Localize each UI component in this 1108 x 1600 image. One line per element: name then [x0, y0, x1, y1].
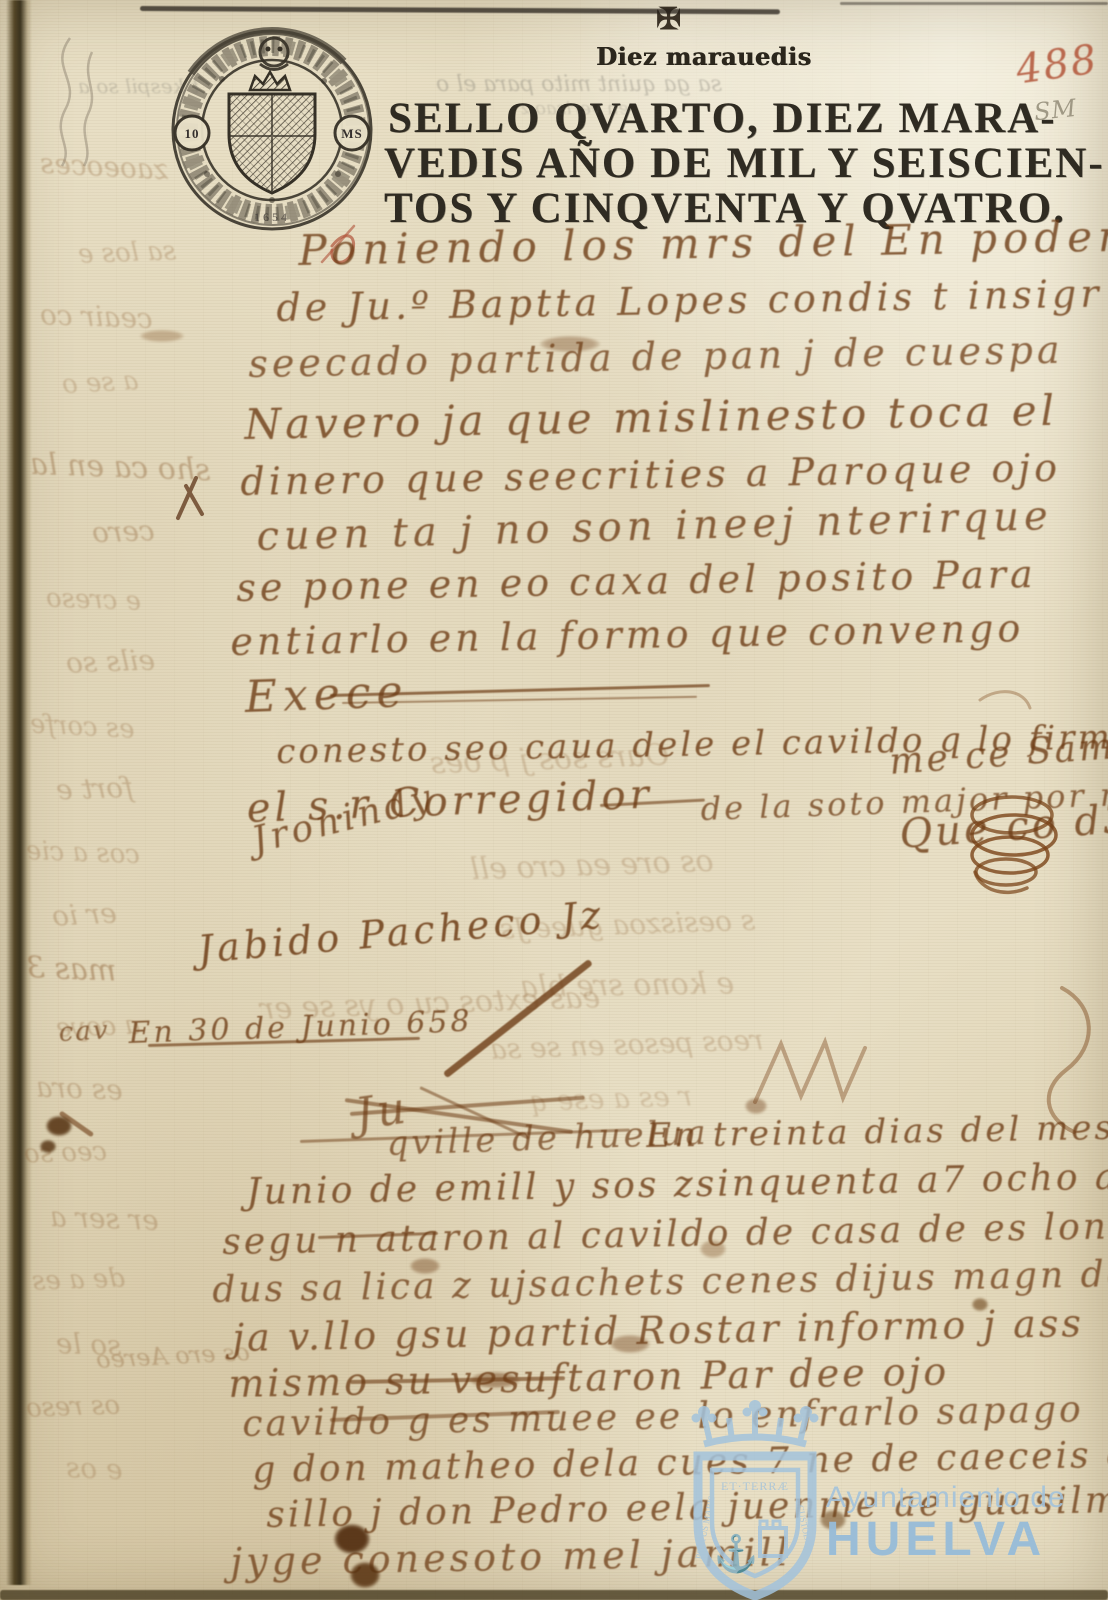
bleedthrough-line: er ser a — [49, 1200, 159, 1237]
ink-blot — [972, 1298, 988, 1311]
bleedthrough-line: os reso — [26, 1390, 121, 1423]
bleedthrough-line: eils so — [65, 643, 155, 679]
bleedthrough-line: es corfe — [29, 709, 135, 744]
ink-blot — [334, 1524, 370, 1554]
ink-blot — [540, 336, 600, 352]
pen-stroke — [0, 1590, 1108, 1600]
bleedthrough-line: sho ca en la — [29, 447, 211, 488]
watermark-anchor-icon: ⚓ — [714, 1533, 759, 1574]
watermark-text-line2: HUELVA — [826, 1512, 1046, 1567]
bleedthrough-line: zaoeoces — [39, 147, 169, 187]
ink-blot — [40, 1140, 56, 1153]
bleedthrough-line: e os — [65, 1451, 123, 1486]
bleedthrough-line: de a es — [32, 1263, 126, 1296]
bleedthrough-line: e creso — [46, 583, 142, 616]
bleedthrough-line: sa ga quint mito para el o — [436, 72, 722, 97]
manuscript-page: ✠ Diez marauedis SELLO QVARTO, DIEZ MARA… — [0, 0, 1108, 1600]
bleedthrough-line: en verisao z — [520, 98, 629, 119]
bleedthrough-line: cero — [91, 514, 155, 549]
pencil-sketch — [61, 38, 92, 166]
ink-blot — [745, 1098, 767, 1114]
ink-blot — [470, 1372, 520, 1388]
bleedthrough-line: mas 3 — [25, 950, 117, 988]
ink-blot — [700, 1240, 726, 1258]
bleedthrough-line: ceo so — [24, 1137, 108, 1170]
bleedthrough-line: ceair co — [39, 298, 153, 335]
watermark-coat-of-arms: ET·TERRÆ PORTUS MARIS CUSTODIA ⚓ — [680, 1398, 830, 1600]
ink-blot — [140, 330, 184, 342]
ink-blot — [46, 1116, 72, 1136]
watermark-text-line1: Ayuntamiento de — [826, 1481, 1066, 1515]
ink-blot — [410, 1258, 440, 1274]
ink-blot — [350, 1562, 380, 1588]
manuscript-line: En treinta dias del mes de — [646, 1107, 1108, 1156]
watermark-motto-top: ET·TERRÆ — [721, 1479, 789, 1493]
bleedthrough-line: t kespil so a — [78, 74, 199, 98]
ink-blot — [610, 1335, 650, 1353]
bleedthrough-line: fort e — [55, 771, 133, 807]
bleedthrough-line: sa los e — [78, 236, 177, 269]
bleedthrough-line: er io — [51, 896, 117, 932]
pen-stroke — [840, 2, 1108, 5]
bleedthrough-line: a se o — [61, 366, 139, 400]
manuscript-line: cav — [58, 1015, 110, 1048]
bleedthrough-line: cos a cie — [26, 836, 141, 870]
bleedthrough-line: es ora — [35, 1070, 123, 1106]
